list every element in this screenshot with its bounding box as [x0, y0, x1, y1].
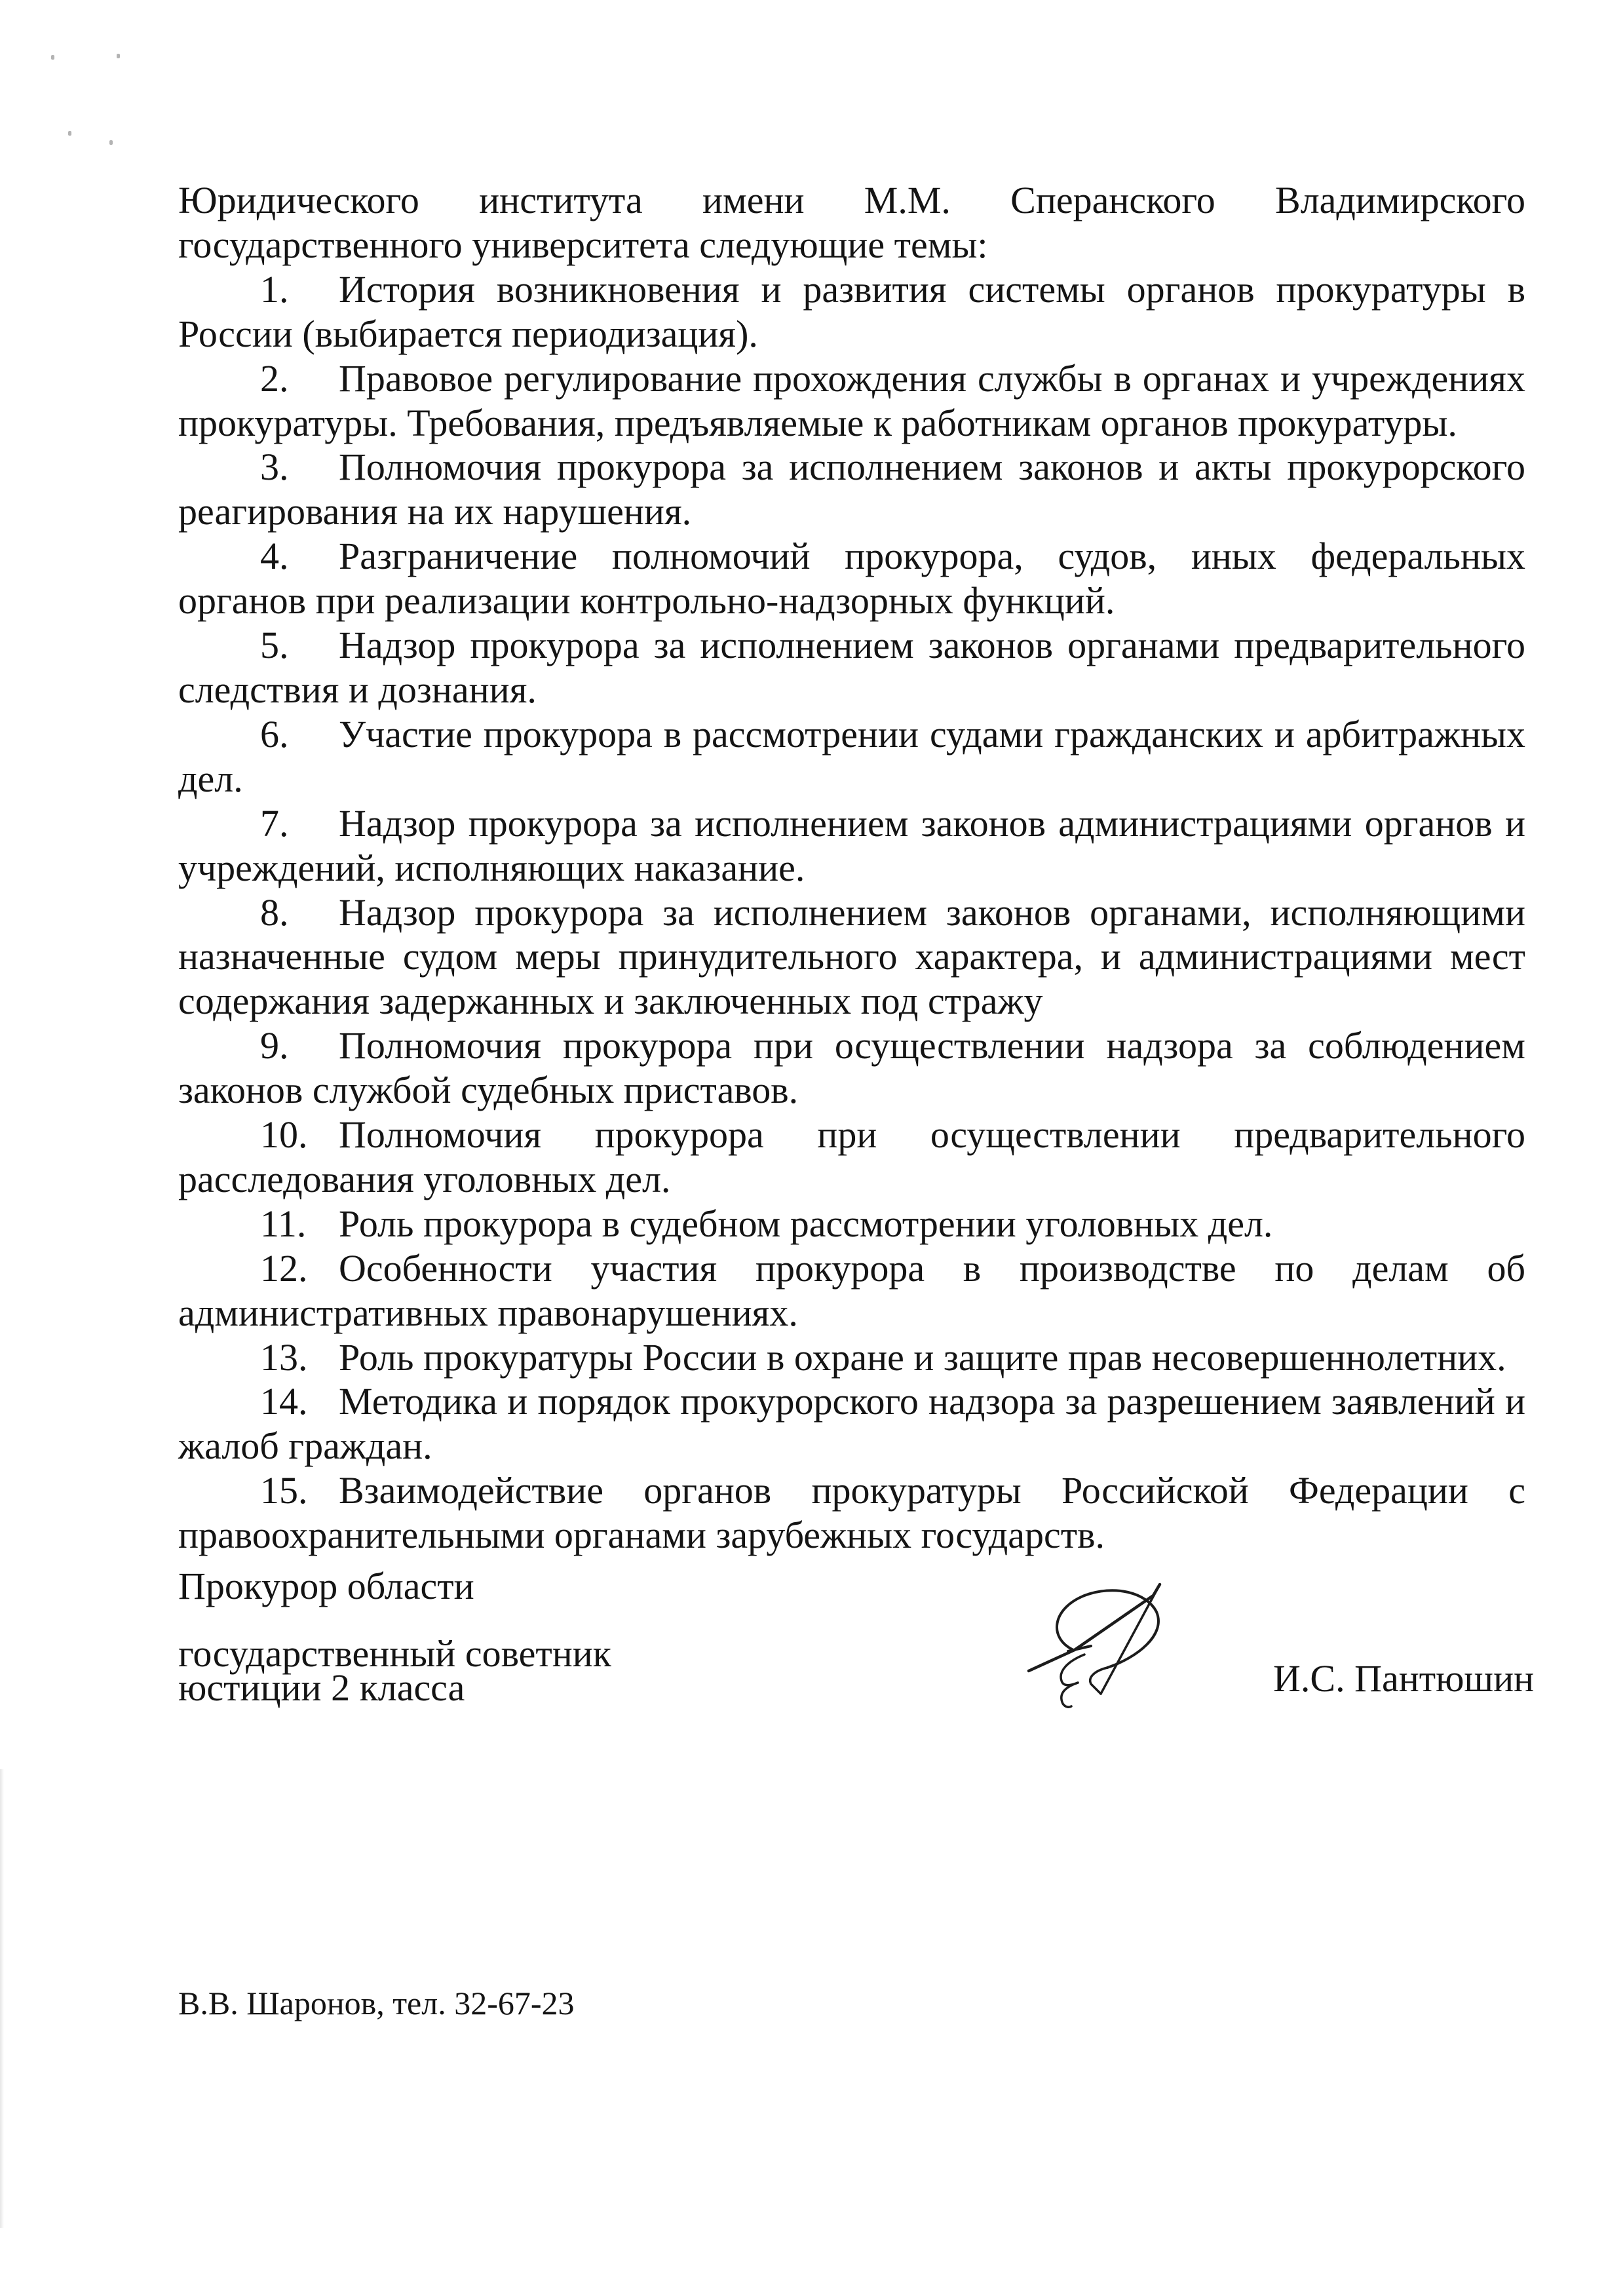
topic-item-11: 11.Роль прокурора в судебном рассмотрени…: [178, 1202, 1525, 1246]
topic-text: Разграничение полномочий прокурора, судо…: [178, 535, 1525, 622]
topic-item-5: 5.Надзор прокурора за исполнением законо…: [178, 623, 1525, 712]
topic-text: Надзор прокурора за исполнением законов …: [178, 802, 1525, 889]
signer-position-text: Прокурор области: [178, 1569, 474, 1603]
topic-item-12: 12.Особенности участия прокурора в произ…: [178, 1246, 1525, 1335]
topic-item-15: 15.Взаимодействие органов прокуратуры Ро…: [178, 1468, 1525, 1558]
topic-text: Взаимодействие органов прокуратуры Росси…: [178, 1469, 1525, 1556]
topic-item-14: 14.Методика и порядок прокурорского надз…: [178, 1379, 1525, 1468]
topic-number: 4.: [260, 534, 339, 579]
topic-text: Методика и порядок прокурорского надзора…: [178, 1380, 1525, 1467]
topic-text: Полномочия прокурора при осуществлении п…: [178, 1113, 1525, 1200]
topic-text: Полномочия прокурора при осуществлении н…: [178, 1024, 1525, 1111]
topic-item-1: 1.История возникновения и развития систе…: [178, 267, 1525, 356]
handwritten-signature-icon: [1022, 1573, 1219, 1710]
topic-number: 2.: [260, 356, 339, 401]
topic-text: Правовое регулирование прохождения служб…: [178, 357, 1525, 444]
topic-number: 11.: [260, 1202, 339, 1246]
topic-item-2: 2.Правовое регулирование прохождения слу…: [178, 356, 1525, 446]
topic-item-7: 7.Надзор прокурора за исполнением законо…: [178, 801, 1525, 890]
signer-rank: государственный советник юстиции 2 класс…: [178, 1637, 611, 1705]
topic-text: Надзор прокурора за исполнением законов …: [178, 624, 1525, 711]
topic-item-10: 10.Полномочия прокурора при осуществлени…: [178, 1113, 1525, 1202]
topic-item-8: 8.Надзор прокурора за исполнением законо…: [178, 890, 1525, 1024]
topic-number: 15.: [260, 1468, 339, 1513]
topic-text: Роль прокуратуры России в охране и защит…: [339, 1336, 1506, 1379]
topic-text: Полномочия прокурора за исполнением зако…: [178, 446, 1525, 533]
topic-item-9: 9.Полномочия прокурора при осуществлении…: [178, 1024, 1525, 1113]
topic-item-3: 3.Полномочия прокурора за исполнением за…: [178, 445, 1525, 534]
topic-number: 10.: [260, 1113, 339, 1157]
scan-speck: [51, 55, 54, 60]
topic-number: 6.: [260, 712, 339, 757]
signer-position: Прокурор области: [178, 1569, 474, 1603]
scan-edge-shadow: [0, 1769, 4, 2228]
document-body: Юридического института имени М.М. Сперан…: [178, 178, 1525, 1558]
scan-speck: [117, 54, 120, 58]
signer-rank-line-2: юстиции 2 класса: [178, 1671, 611, 1705]
topic-number: 8.: [260, 890, 339, 935]
topic-number: 1.: [260, 267, 339, 312]
topic-item-13: 13.Роль прокуратуры России в охране и за…: [178, 1335, 1525, 1380]
topic-number: 3.: [260, 445, 339, 489]
topic-item-4: 4.Разграничение полномочий прокурора, су…: [178, 534, 1525, 623]
topic-number: 5.: [260, 623, 339, 668]
topic-text: Надзор прокурора за исполнением законов …: [178, 891, 1525, 1023]
topic-number: 12.: [260, 1246, 339, 1291]
topic-text: Роль прокурора в судебном рассмотрении у…: [339, 1202, 1272, 1245]
topic-text: Особенности участия прокурора в производ…: [178, 1247, 1525, 1334]
topic-item-6: 6.Участие прокурора в рассмотрении судам…: [178, 712, 1525, 801]
signer-name: И.С. Пантюшин: [1273, 1660, 1534, 1698]
scan-speck: [109, 140, 113, 145]
scan-speck: [68, 131, 71, 136]
footer-contact: В.В. Шаронов, тел. 32-67-23: [178, 1985, 575, 2021]
topic-text: Участие прокурора в рассмотрении судами …: [178, 713, 1525, 800]
topic-number: 14.: [260, 1379, 339, 1424]
topic-number: 13.: [260, 1335, 339, 1380]
topic-number: 9.: [260, 1024, 339, 1068]
topic-text: История возникновения и развития системы…: [178, 268, 1525, 355]
intro-paragraph: Юридического института имени М.М. Сперан…: [178, 178, 1525, 267]
topic-number: 7.: [260, 801, 339, 846]
